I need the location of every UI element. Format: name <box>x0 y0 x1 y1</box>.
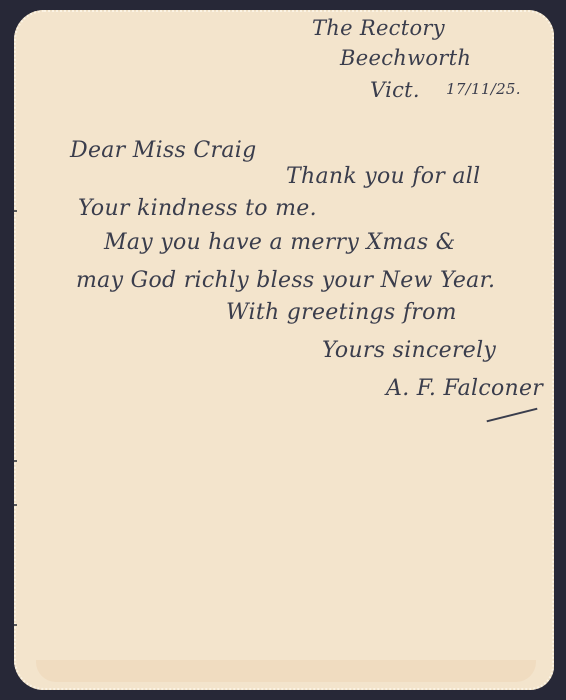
perforation-mark <box>14 624 17 626</box>
address-line-3: Vict. <box>370 78 420 102</box>
salutation: Dear Miss Craig <box>70 138 257 163</box>
closing: Yours sincerely <box>322 338 496 363</box>
signature: A. F. Falconer <box>386 376 543 401</box>
letter-date: 17/11/25. <box>446 80 521 98</box>
perforation-mark <box>14 210 17 212</box>
body-line-3: May you have a merry Xmas & <box>104 230 456 255</box>
perforation-mark <box>14 460 17 462</box>
perforation-mark <box>14 504 17 506</box>
body-line-4: may God richly bless your New Year. <box>76 268 495 293</box>
address-line-1: The Rectory <box>312 16 445 40</box>
address-line-2: Beechworth <box>340 46 471 70</box>
fold-strip <box>36 660 536 682</box>
body-line-1: Thank you for all <box>286 164 480 189</box>
body-line-2: Your kindness to me. <box>78 196 317 221</box>
body-line-5: With greetings from <box>226 300 457 325</box>
